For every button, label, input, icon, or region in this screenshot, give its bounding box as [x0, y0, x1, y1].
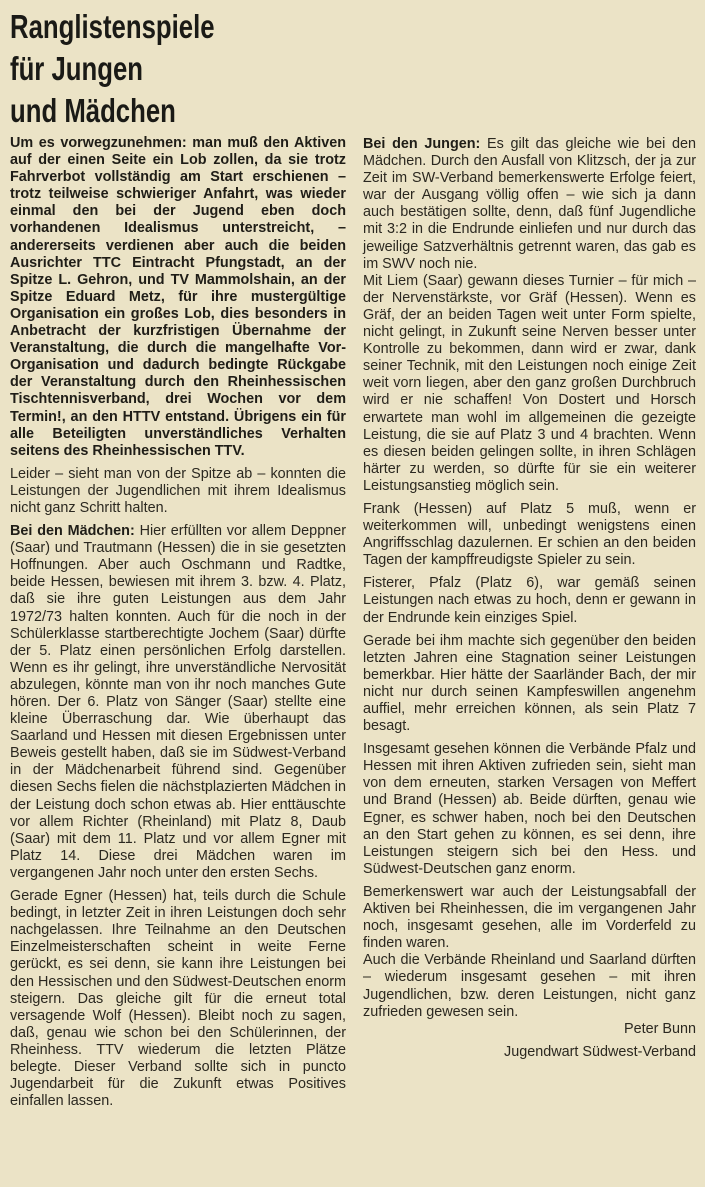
paragraph: Gerade bei ihm machte sich gegenüber den…	[363, 633, 696, 736]
title-line-2: für Jungen	[10, 50, 143, 87]
boys-section-label: Bei den Jungen:	[363, 136, 480, 152]
intro-paragraph: Um es vorwegzunehmen: man muß den Aktive…	[10, 135, 346, 460]
paragraph: Gerade Egner (Hessen) hat, teils durch d…	[10, 888, 346, 1110]
paragraph: Frank (Hessen) auf Platz 5 muß, wenn er …	[363, 501, 696, 569]
signature-name: Peter Bunn	[363, 1021, 696, 1038]
article-page: Ranglistenspiele für Jungen und Mädchen …	[0, 0, 705, 1187]
paragraph: Leider – sieht man von der Spitze ab – k…	[10, 466, 346, 517]
paragraph: Bemerkenswert war auch der Leistungsabfa…	[363, 884, 696, 952]
left-column: Um es vorwegzunehmen: man muß den Aktive…	[10, 135, 346, 1116]
paragraph: Fisterer, Pfalz (Platz 6), war gemäß sei…	[363, 575, 696, 626]
boys-paragraph: Bei den Jungen: Es gilt das gleiche wie …	[363, 136, 696, 273]
right-column: Bei den Jungen: Es gilt das gleiche wie …	[363, 136, 696, 1067]
paragraph: Auch die Verbände Rheinland und Saarland…	[363, 952, 696, 1020]
boys-paragraph-text: Es gilt das gleiche wie bei den Mädchen.…	[363, 136, 696, 272]
paragraph: Insgesamt gesehen können die Verbände Pf…	[363, 741, 696, 878]
title-line-1: Ranglistenspiele	[10, 8, 215, 45]
article-title: Ranglistenspiele für Jungen und Mädchen	[10, 6, 215, 132]
title-line-3: und Mädchen	[10, 92, 176, 129]
girls-paragraph: Bei den Mädchen: Hier erfüllten vor alle…	[10, 523, 346, 882]
signature-role: Jugendwart Südwest-Verband	[363, 1044, 696, 1061]
girls-section-label: Bei den Mädchen:	[10, 523, 135, 539]
paragraph: Mit Liem (Saar) gewann dieses Turnier – …	[363, 273, 696, 495]
girls-paragraph-text: Hier erfüllten vor allem Deppner (Saar) …	[10, 523, 346, 881]
